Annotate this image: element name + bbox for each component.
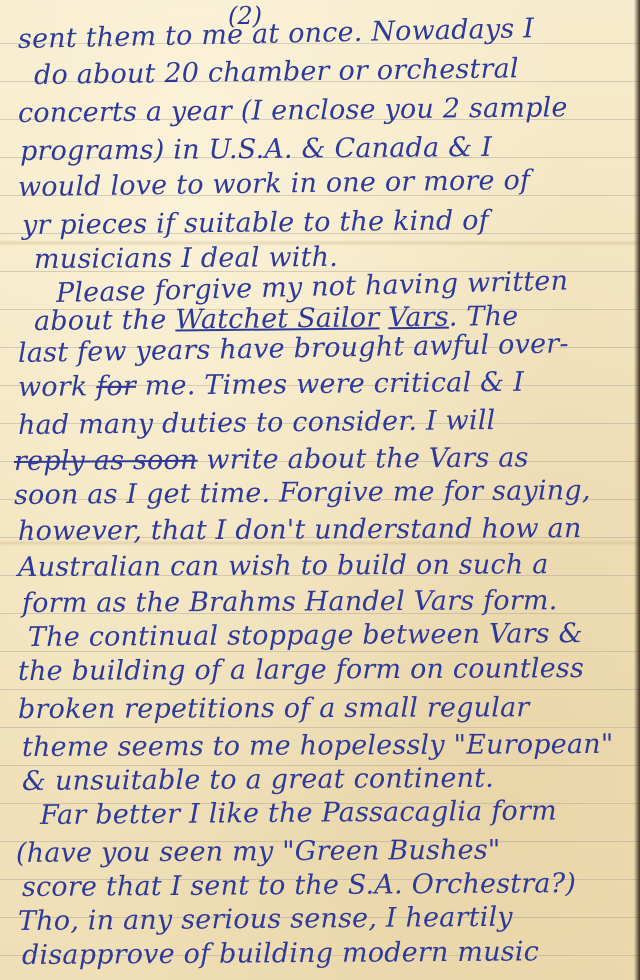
line-text: . The: [449, 301, 519, 333]
letter-line: Australian can wish to build on such a: [18, 549, 549, 583]
letter-line: broken repetitions of a small regular: [18, 692, 530, 725]
letter-page: (2) sent them to me at once. Nowadays I …: [0, 0, 640, 980]
letter-line: (have you seen my "Green Bushes": [16, 835, 501, 869]
underlined-title: Vars: [388, 302, 449, 334]
struck-text: reply as soon: [14, 445, 198, 477]
letter-line: The continual stoppage between Vars &: [28, 618, 583, 653]
letter-line: however, that I don't understand how an: [18, 513, 582, 547]
letter-line: form as the Brahms Handel Vars form.: [22, 585, 558, 619]
letter-line: & unsuitable to a great continent.: [22, 763, 494, 797]
letter-line: do about 20 chamber or orchestral: [34, 53, 519, 91]
letter-line: disapprove of building modern music: [22, 936, 539, 971]
letter-line: the building of a large form on countles…: [18, 653, 584, 687]
letter-line: soon as I get time. Forgive me for sayin…: [14, 475, 591, 511]
letter-line: would love to work in one or more of: [18, 165, 531, 203]
letter-line: reply as soon write about the Vars as: [14, 442, 529, 477]
letter-line: score that I sent to the S.A. Orchestra?…: [22, 868, 576, 903]
letter-line: musicians I deal with.: [34, 242, 338, 275]
line-text: work: [18, 371, 97, 403]
letter-line: Far better I like the Passacaglia form: [40, 795, 557, 831]
letter-line: concerts a year (I enclose you 2 sample: [18, 92, 568, 129]
paper-edge-shadow: [634, 0, 640, 980]
letter-line: had many duties to consider. I will: [18, 405, 496, 441]
letter-line: theme seems to me hopelessly "European": [22, 729, 614, 763]
letter-line: yr pieces if suitable to the kind of: [22, 205, 489, 241]
letter-line: sent them to me at once. Nowadays I: [18, 13, 535, 55]
letter-line: Tho, in any serious sense, I heartily: [18, 902, 513, 937]
line-text: about the: [34, 305, 176, 337]
line-text: write about the Vars as: [197, 442, 528, 475]
struck-text: for: [96, 371, 136, 402]
letter-line: programs) in U.S.A. & Canada & I: [20, 132, 492, 167]
line-text: me. Times were critical & I: [136, 367, 524, 402]
letter-line: work for me. Times were critical & I: [18, 367, 524, 403]
underlined-title: Watchet Sailor: [175, 302, 379, 335]
